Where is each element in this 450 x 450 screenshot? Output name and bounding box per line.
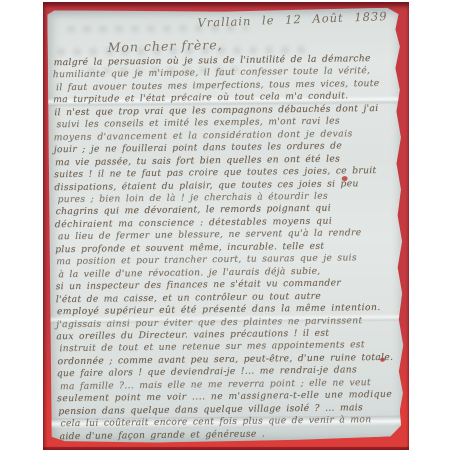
letter-photo-on-red-card: Vrallain le 12 Août 1839 Mon cher frère,… (43, 2, 409, 450)
red-ink-mark (342, 176, 348, 181)
letter-dateline: Vrallain le 12 Août 1839 (197, 9, 388, 30)
letter-body-lines: malgré la persuasion où je suis de l'inu… (53, 53, 402, 444)
letter-paper: Vrallain le 12 Août 1839 Mon cher frère,… (47, 8, 404, 444)
red-ink-mark (380, 358, 385, 362)
letter-salutation: Mon cher frère, (107, 37, 222, 55)
